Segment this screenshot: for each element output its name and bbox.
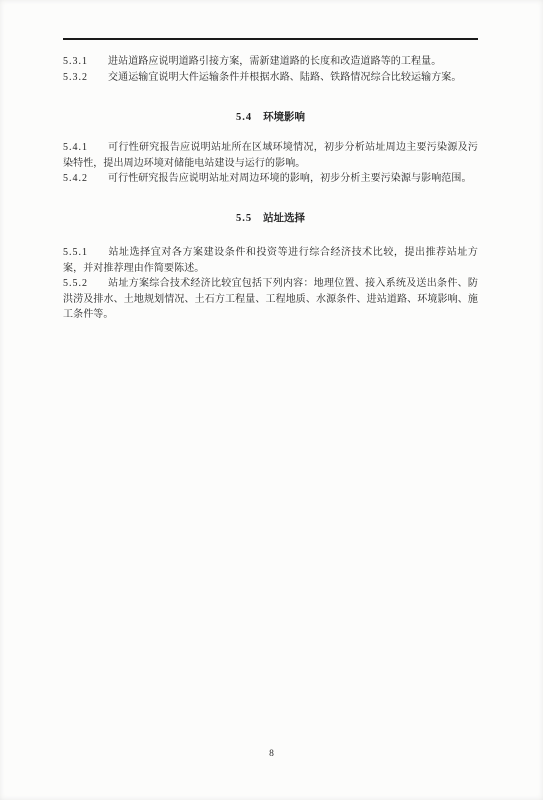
clause-5-4-2: 5.4.2可行性研究报告应说明站址对周边环境的影响，初步分析主要污染源与影响范围… xyxy=(63,171,478,187)
clause-number: 5.3.2 xyxy=(63,70,88,86)
section-heading-5-4: 5.4环境影响 xyxy=(63,110,478,125)
section-heading-title: 站址选择 xyxy=(263,213,305,224)
section-heading-number: 5.5 xyxy=(236,211,252,226)
clause-text: 站址方案综合技术经济比较宜包括下列内容：地理位置、接入系统及送出条件、防洪涝及排… xyxy=(63,278,478,320)
clause-number: 5.4.2 xyxy=(63,171,88,187)
section-heading-number: 5.4 xyxy=(236,110,252,125)
clause-text: 站址选择宜对各方案建设条件和投资等进行综合经济技术比较，提出推荐站址方案，并对推… xyxy=(63,247,478,274)
clause-text: 交通运输宜说明大件运输条件并根据水路、陆路、铁路情况综合比较运输方案。 xyxy=(108,72,462,83)
clause-5-3-2: 5.3.2交通运输宜说明大件运输条件并根据水路、陆路、铁路情况综合比较运输方案。 xyxy=(63,70,478,86)
clause-text: 可行性研究报告应说明站址所在区域环境情况，初步分析站址周边主要污染源及污染特性，… xyxy=(63,142,478,169)
clause-5-4-1: 5.4.1可行性研究报告应说明站址所在区域环境情况，初步分析站址周边主要污染源及… xyxy=(63,140,478,171)
clause-number: 5.5.2 xyxy=(63,276,88,292)
clause-5-3-1: 5.3.1进站道路应说明道路引接方案，需新建道路的长度和改造道路等的工程量。 xyxy=(63,54,478,70)
clause-number: 5.3.1 xyxy=(63,54,88,70)
clause-5-5-1: 5.5.1站址选择宜对各方案建设条件和投资等进行综合经济技术比较，提出推荐站址方… xyxy=(63,245,478,276)
section-heading-title: 环境影响 xyxy=(263,112,305,123)
clause-number: 5.5.1 xyxy=(63,245,88,261)
clause-text: 进站道路应说明道路引接方案，需新建道路的长度和改造道路等的工程量。 xyxy=(108,56,441,67)
header-rule xyxy=(63,38,478,40)
page-number: 8 xyxy=(0,749,543,759)
document-page: 5.3.1进站道路应说明道路引接方案，需新建道路的长度和改造道路等的工程量。 5… xyxy=(0,0,543,800)
clause-text: 可行性研究报告应说明站址对周边环境的影响，初步分析主要污染源与影响范围。 xyxy=(108,173,472,184)
section-heading-5-5: 5.5站址选择 xyxy=(63,211,478,226)
clause-number: 5.4.1 xyxy=(63,140,88,156)
clause-5-5-2: 5.5.2站址方案综合技术经济比较宜包括下列内容：地理位置、接入系统及送出条件、… xyxy=(63,276,478,323)
